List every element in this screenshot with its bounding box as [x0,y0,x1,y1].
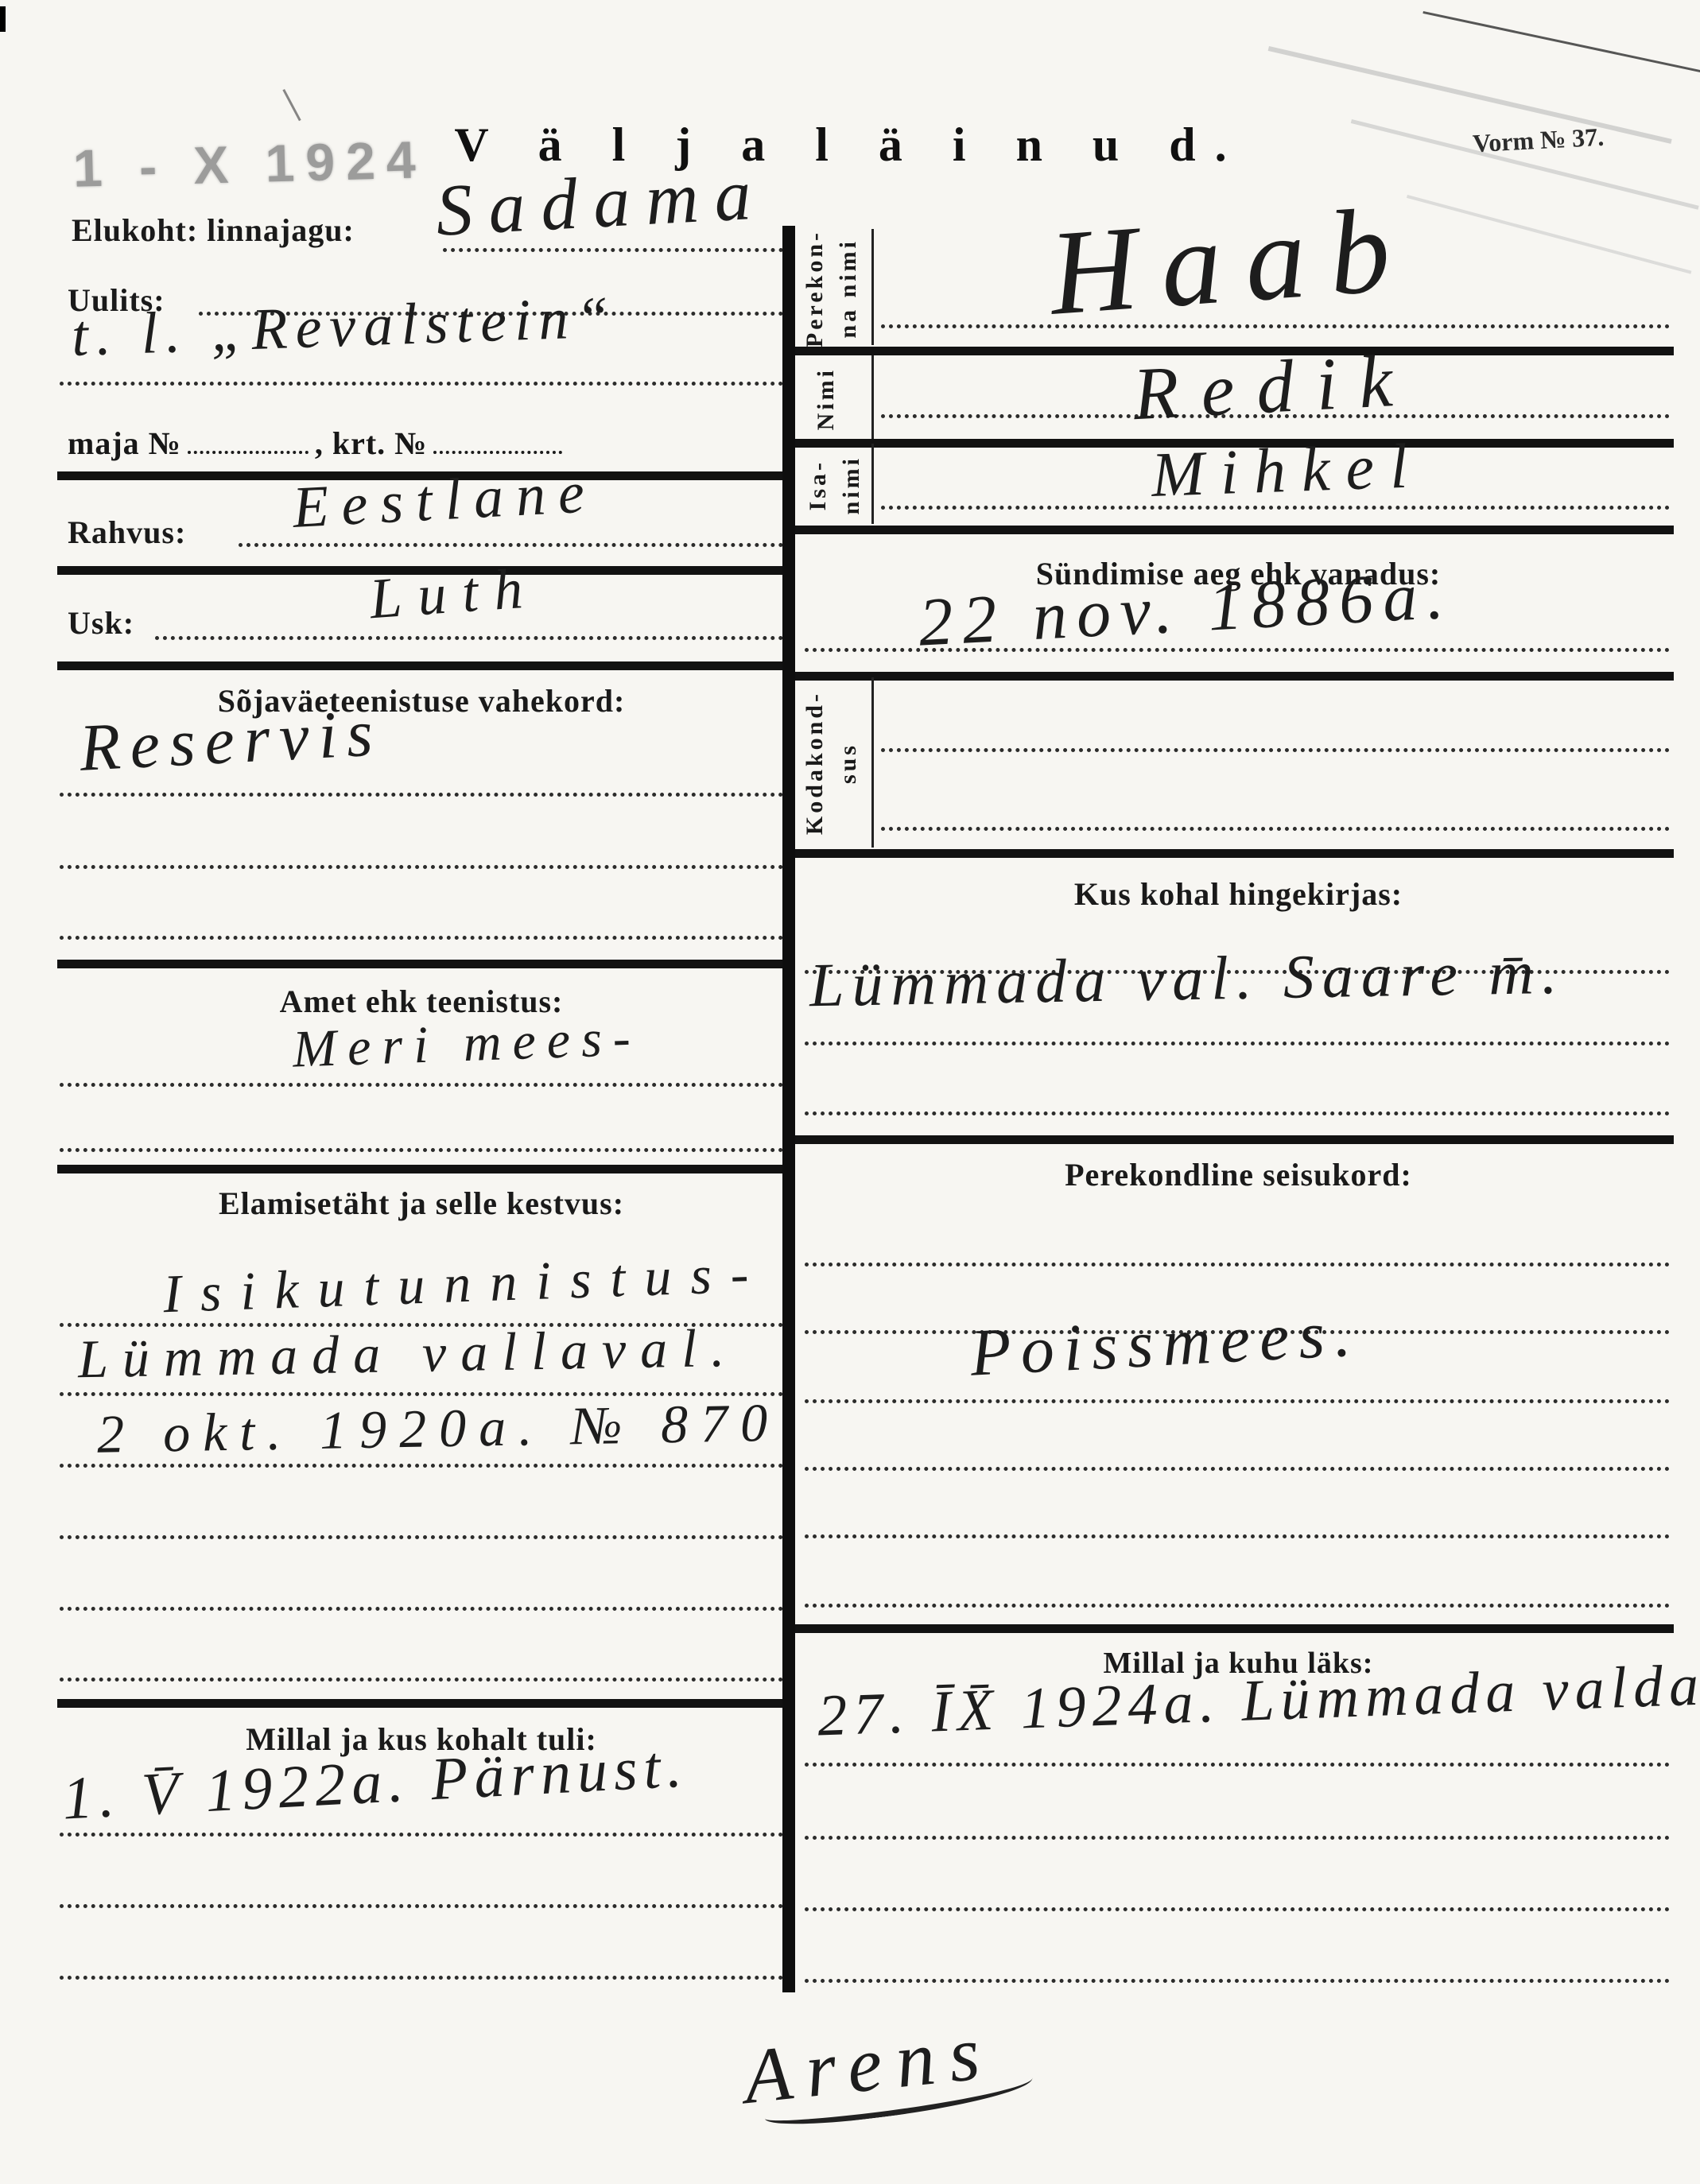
elukoht-value: Sadama [434,157,769,247]
isanimi-value: Mihkel [1151,434,1425,507]
dotted-line [881,506,1670,510]
perekondline-value: Poissmees. [968,1300,1362,1387]
label-separator [871,444,874,524]
rule-thick [795,672,1674,681]
amet-heading: Amet ehk teenistus: [60,984,783,1019]
kodakondsus-label: Kodakond- sus [801,680,862,847]
dotted-line [881,827,1670,831]
dotted-line [60,1833,783,1837]
perekonnanimi-label-line1: Perekon- [801,230,829,347]
date-stamp: 1 - X 1924 [72,129,427,199]
nimi-value: Redik [1131,343,1416,432]
isanimi-label-line1: Isa- [805,460,832,510]
rule-thick [795,1624,1674,1633]
elamisetaht-heading: Elamisetäht ja selle kestvus: [60,1186,783,1221]
dotted-line [805,1534,1670,1538]
hingekirjas-heading: Kus kohal hingekirjas: [803,877,1674,912]
dotted-line [805,1604,1670,1608]
rule-thick [795,1135,1674,1144]
rule-thick [57,1165,783,1173]
rule-thick [57,661,783,670]
dotted-line [60,1464,783,1468]
dotted-line [239,543,783,547]
dotted-line [60,1535,783,1539]
dotted-line [805,1836,1670,1840]
rule-thick [795,526,1674,534]
dotted-line [805,648,1670,652]
elamisetaht-line2: Lümmada vallaval. [77,1321,739,1386]
document-page: 1 - X 1924 V ä l j a l ä i n u d. Vorm №… [0,0,1700,2184]
dotted-line [443,248,783,252]
dotted-line [881,324,1670,328]
nimi-label: Nimi [813,367,840,430]
nimi-label-wrap: Nimi [813,359,840,439]
scan-artifact [1407,195,1691,274]
dotted-line [805,1467,1670,1471]
dotted-line [60,1976,783,1980]
dotted-line [805,1907,1670,1911]
scan-artifact [1268,46,1672,144]
dotted-line [60,865,783,869]
rahvus-label: Rahvus: [68,515,186,550]
dotted-line [60,1678,783,1682]
dotted-line [881,748,1670,752]
dotted-line [805,1042,1670,1045]
kodakondsus-label-line2: sus [835,743,862,784]
label-separator [871,355,874,439]
usk-value: Luth [368,559,541,628]
scan-artifact [1422,11,1700,73]
dotted-line [805,1763,1670,1767]
elukoht-label: Elukoht: linnajagu: [72,213,355,248]
perekonnanimi-label: Perekon- na nimi [801,232,862,345]
krt-label: , krt. № [315,426,428,461]
rule-thick [795,849,1674,858]
dotted-leader [188,424,309,454]
dotted-line [805,1263,1670,1267]
form-number: Vorm № 37. [1472,122,1605,159]
sojavae-value: Reservis [78,700,383,782]
elamisetaht-line1: Isikutunnistus- [162,1246,768,1321]
dotted-line [805,1979,1670,1983]
label-separator [871,677,874,848]
usk-label: Usk: [68,606,134,641]
column-divider [782,226,795,1992]
dotted-line [155,636,783,640]
perekonnanimi-label-line2: na nimi [835,239,862,339]
corner-mark [0,6,6,32]
perekondline-heading: Perekondline seisukord: [803,1158,1674,1193]
dotted-leader [433,424,562,454]
perekonnanimi-value: Haab [1046,188,1417,334]
scan-artifact [282,89,301,121]
dotted-line [805,1111,1670,1115]
dotted-line [60,1607,783,1611]
label-separator [871,229,874,345]
dotted-line [60,1904,783,1908]
isanimi-label-line2: nimi [838,456,865,514]
hingekirjas-value: Lümmada val. Saare m̄. [809,941,1565,1017]
maja-krt-row: maja №, krt. № [68,424,569,461]
dotted-line [60,936,783,940]
amet-value: Meri mees- [292,1011,642,1076]
maja-label: maja № [68,426,181,461]
kodakondsus-label-line1: Kodakond- [801,691,829,835]
dotted-line [60,793,783,797]
isanimi-label: Isa- nimi [805,445,865,525]
dotted-line [60,1148,783,1152]
dotted-line [60,382,783,386]
rahvus-value: Eestlane [291,463,598,537]
elamisetaht-line3: 2 okt. 1920a. № 870. [96,1395,806,1461]
dotted-line [805,1399,1670,1403]
rule-thick [57,960,783,968]
rule-thick [57,1699,783,1708]
dotted-line [881,414,1670,418]
dotted-line [60,1083,783,1087]
